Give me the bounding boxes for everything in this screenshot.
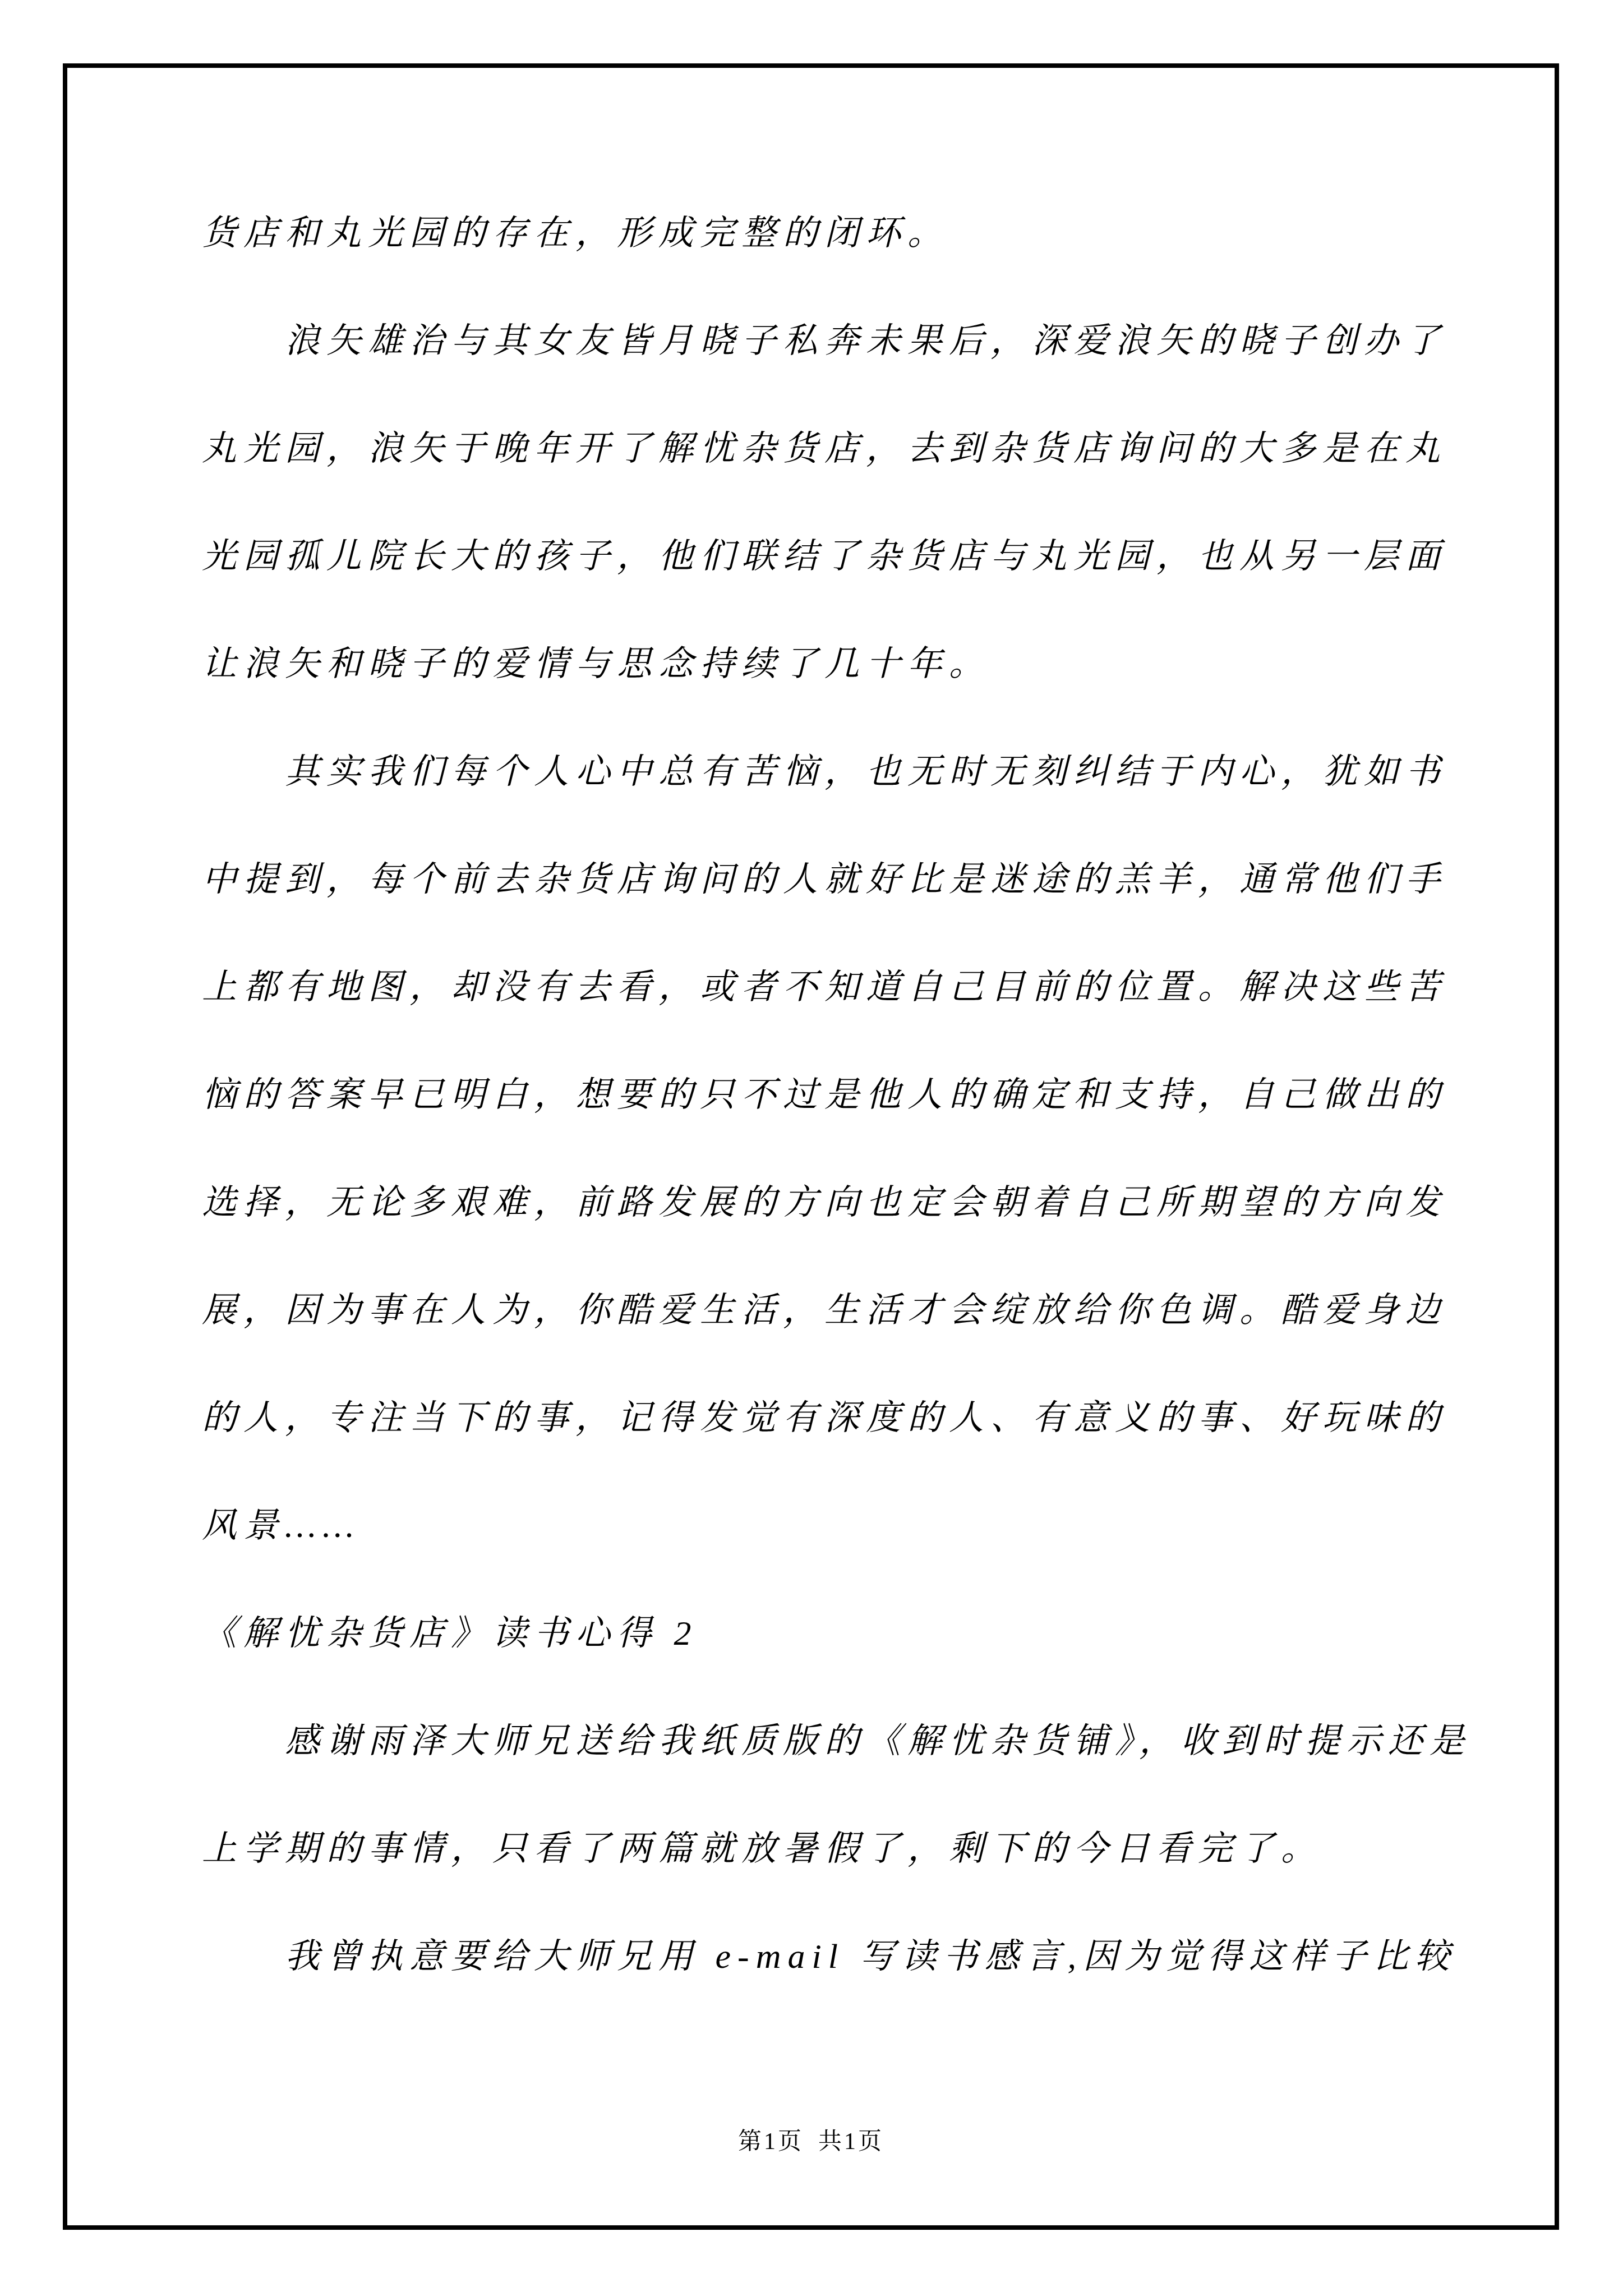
text-line: 中提到，每个前去杂货店询问的人就好比是迷途的羔羊，通常他们手 — [202, 826, 1458, 933]
text-line: 风景…… — [202, 1472, 1458, 1580]
page-number-label: 第1页 — [738, 2129, 804, 2155]
text-line: 让浪矢和晓子的爱情与思念持续了几十年。 — [202, 610, 1458, 718]
text-line: 选择，无论多艰难，前路发展的方向也定会朝着自己所期望的方向发 — [202, 1149, 1458, 1257]
text-line: 的人，专注当下的事，记得发觉有深度的人、有意义的事、好玩味的 — [202, 1364, 1458, 1472]
text-line: 丸光园，浪矢于晚年开了解忧杂货店，去到杂货店询问的大多是在丸 — [202, 395, 1458, 503]
text-line: 货店和丸光园的存在，形成完整的闭环。 — [202, 180, 1458, 287]
text-line: 其实我们每个人心中总有苦恼，也无时无刻纠结于内心，犹如书 — [202, 718, 1458, 826]
text-line: 恼的答案早已明白，想要的只不过是他人的确定和支持，自己做出的 — [202, 1041, 1458, 1149]
document-page: 货店和丸光园的存在，形成完整的闭环。浪矢雄治与其女友皆月晓子私奔未果后，深爱浪矢… — [0, 0, 1623, 2296]
page-count-label: 共1页 — [818, 2129, 884, 2155]
text-line: 我曾执意要给大师兄用 e-mail 写读书感言,因为觉得这样子比较 — [202, 1903, 1458, 2010]
text-line: 上学期的事情，只看了两篇就放暑假了，剩下的今日看完了。 — [202, 1795, 1458, 1903]
document-body: 货店和丸光园的存在，形成完整的闭环。浪矢雄治与其女友皆月晓子私奔未果后，深爱浪矢… — [202, 180, 1458, 2010]
text-line: 上都有地图，却没有去看，或者不知道自己目前的位置。解决这些苦 — [202, 933, 1458, 1041]
text-line: 光园孤儿院长大的孩子，他们联结了杂货店与丸光园，也从另一层面 — [202, 503, 1458, 610]
text-line: 《解忧杂货店》读书心得 2 — [202, 1580, 1458, 1687]
text-line: 展，因为事在人为，你酷爱生活，生活才会绽放给你色调。酷爱身边 — [202, 1257, 1458, 1364]
page-footer: 第1页共1页 — [64, 2125, 1557, 2159]
text-line: 浪矢雄治与其女友皆月晓子私奔未果后，深爱浪矢的晓子创办了 — [202, 287, 1458, 395]
text-line: 感谢雨泽大师兄送给我纸质版的《解忧杂货铺》，收到时提示还是 — [202, 1687, 1458, 1795]
